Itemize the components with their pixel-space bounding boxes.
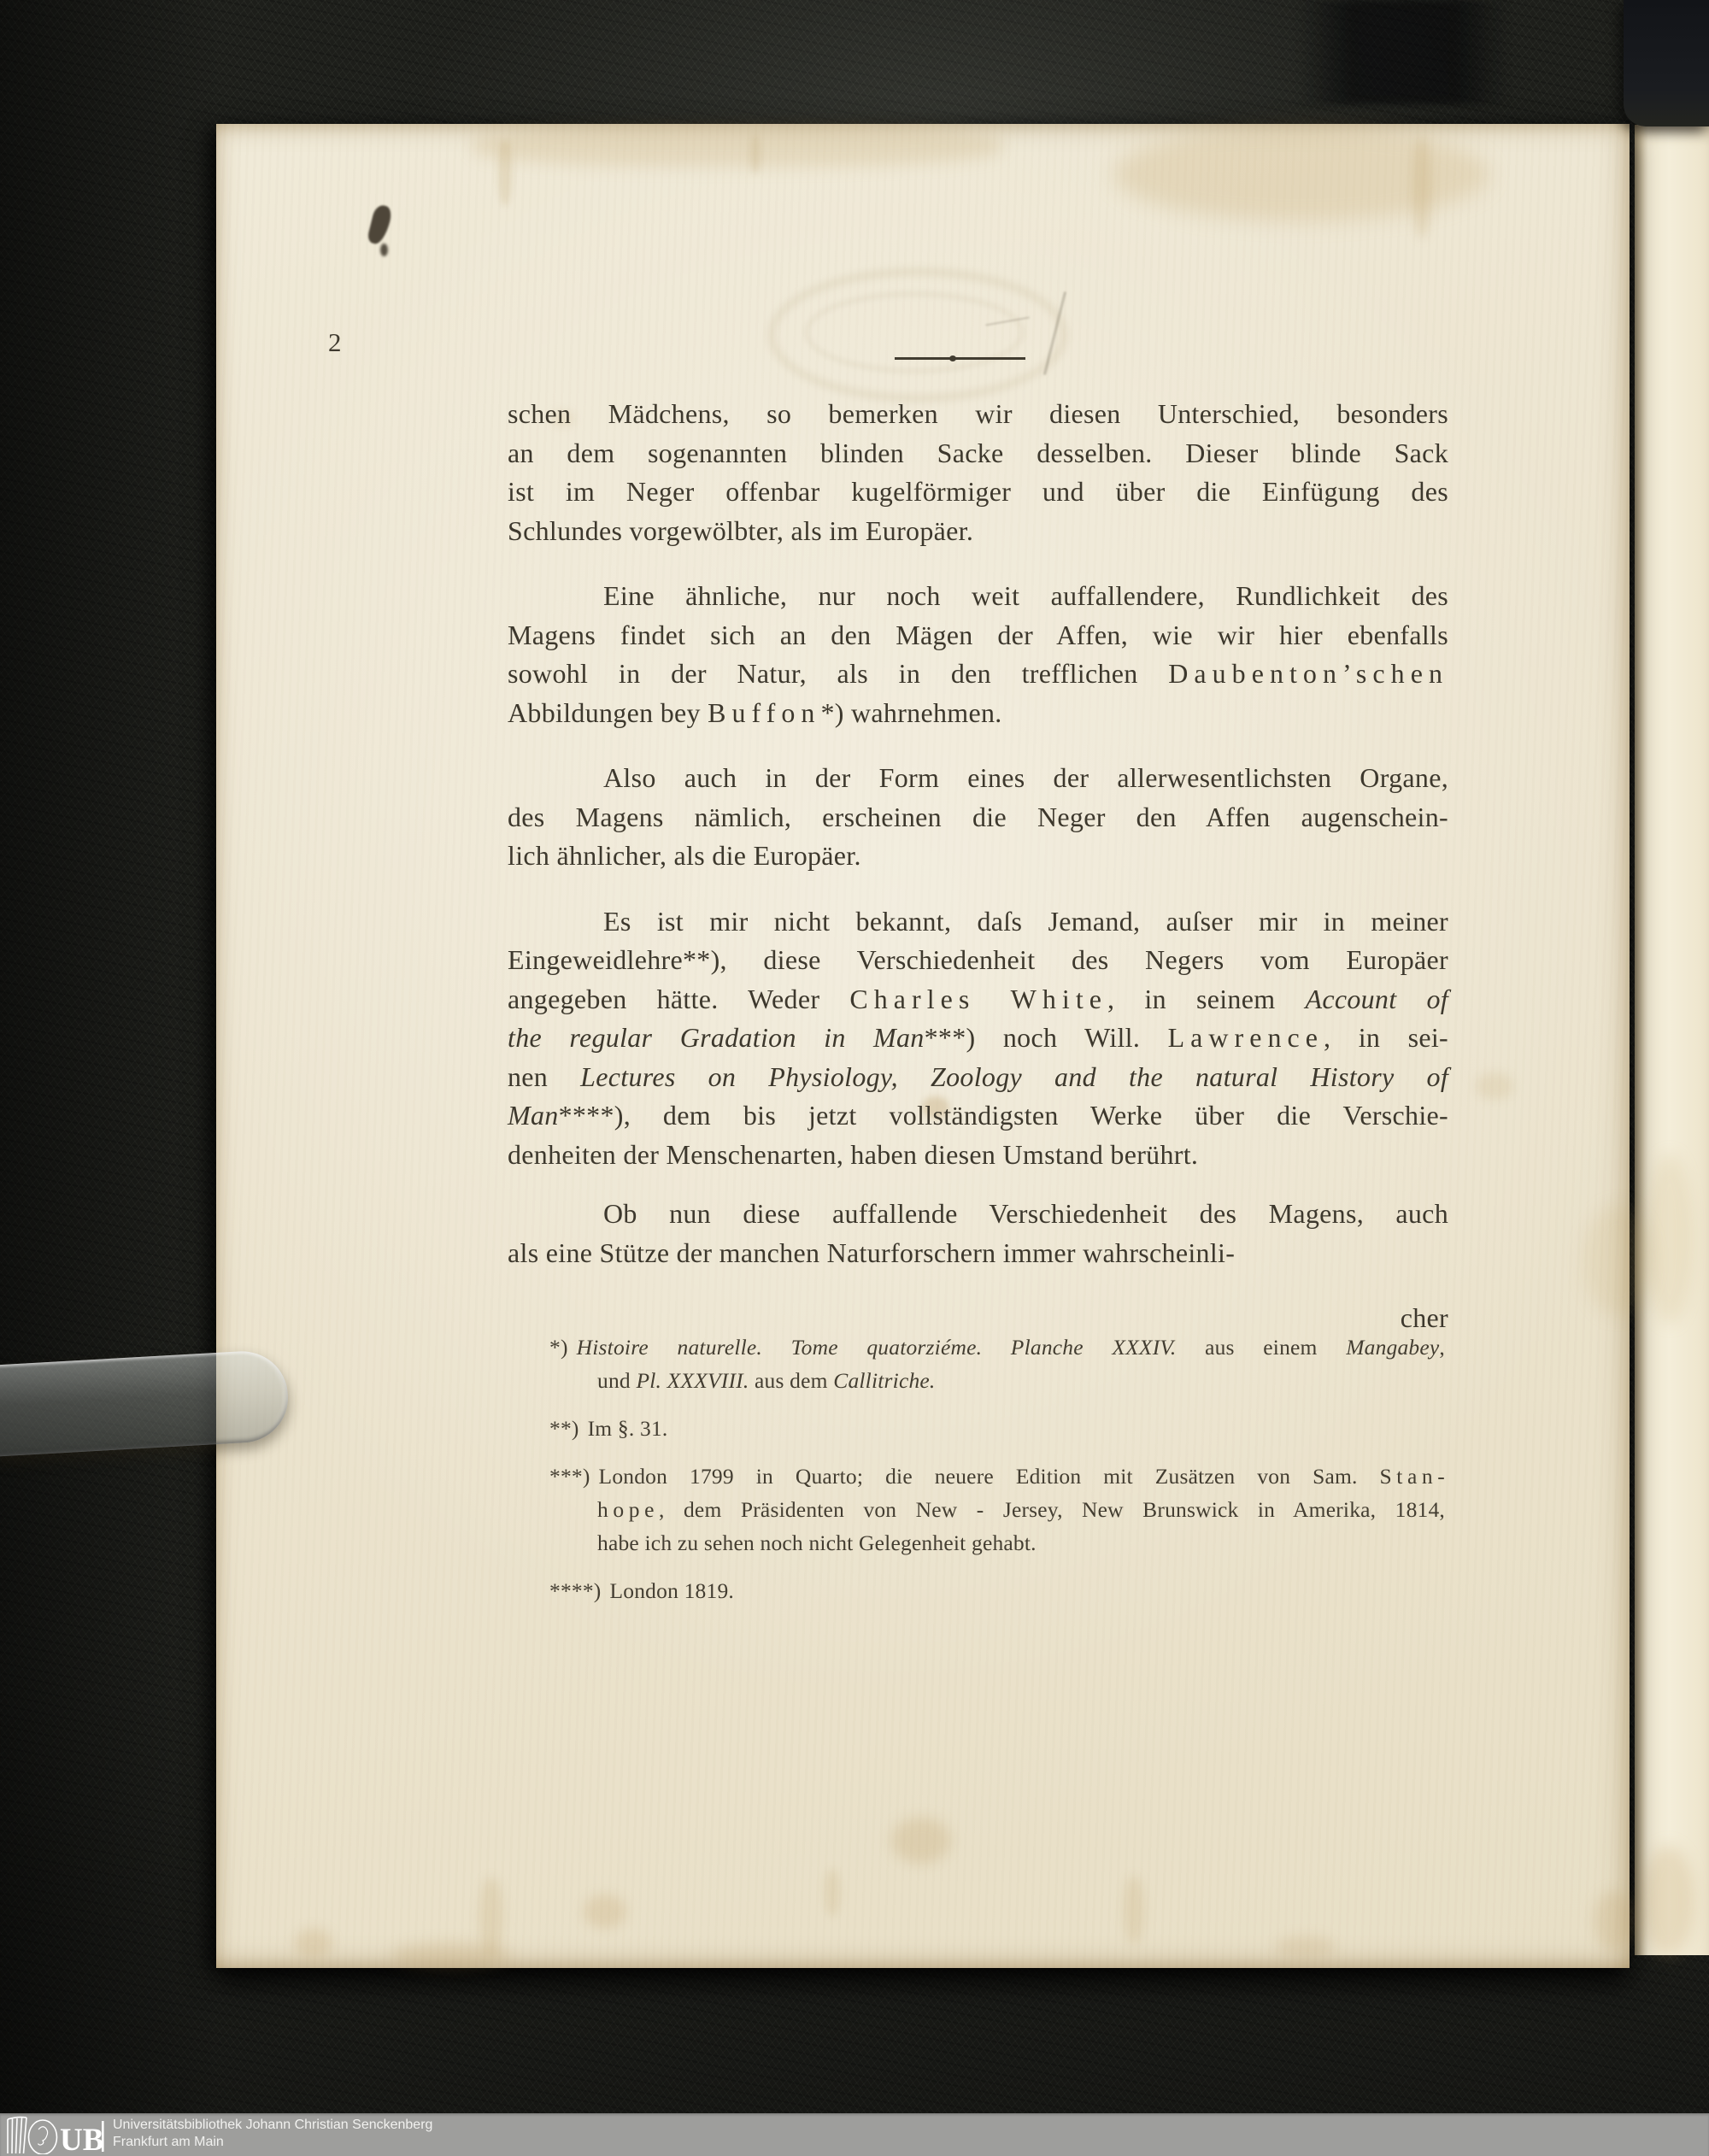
foxing-stain [584,1895,626,1929]
text-segment: - [1437,1464,1445,1489]
scanned-page: 2 schen Mädchens, so bemerken wir diesen… [216,124,1630,1968]
text-segment: Lectures on Physiology, Zoology and the … [580,1061,1448,1092]
text-line: ist im Neger offenbar kugelförmiger und … [508,473,1448,512]
text-line: Magens findet sich an den Mägen der Affe… [508,616,1448,655]
text-segment: an dem sogenannten blinden Sacke desselb… [508,438,1448,468]
text-segment: Account of [1305,984,1448,1014]
text-segment: the regular Gradation in Man [508,1022,925,1053]
text-line: Man****), dem bis jetzt vollständigsten … [508,1096,1448,1136]
logo-separator [102,2121,104,2152]
text-segment: Daubenton’schen [1168,658,1448,689]
footnote-line: *)Histoire naturelle. Tome quatorziéme. … [549,1331,1445,1364]
text-segment: lich ähnlicher, als die Europäer. [508,840,861,871]
text-segment: nen [508,1061,580,1092]
text-segment: und [597,1368,636,1393]
footnote-line: hope, dem Präsidenten von New - Jersey, … [549,1493,1445,1526]
text-segment: Lawrence [1168,1022,1324,1053]
footnote-line: ****)London 1819. [549,1574,1445,1607]
footnote: ****)London 1819. [549,1574,1445,1607]
text-segment: habe ich zu sehen noch nicht Gelegenheit… [597,1530,1037,1555]
text-segment: aus dem [749,1368,833,1393]
footnote-line: und Pl. XXXVIII. aus dem Callitriche. [549,1364,1445,1397]
text-segment: Schlundes vorgewölbter, als im Europäer. [508,515,973,546]
foxing-stain [891,1818,951,1864]
library-name-line2: Frankfurt am Main [113,2134,432,2151]
portrait-oval-icon [29,2120,57,2154]
text-segment: Im §. 31. [588,1416,668,1441]
text-line: sowohl in der Natur, als in den trefflic… [508,655,1448,694]
leather-cover-corner [1624,0,1709,126]
text-segment: Callitriche. [833,1368,935,1393]
text-line: Ob nun diese auffallende Verschiedenheit… [508,1195,1448,1234]
page-holder-clip [0,1348,291,1456]
text-segment: des Magens nämlich, erscheinen die Neger… [508,802,1448,832]
blind-stamp [804,291,1025,373]
text-line: the regular Gradation in Man***) noch Wi… [508,1019,1448,1058]
footnote-line: habe ich zu sehen noch nicht Gelegenheit… [549,1526,1445,1560]
page-number: 2 [328,327,342,358]
text-line: als eine Stütze der manchen Naturforsche… [508,1234,1448,1273]
text-segment: , in sei- [1324,1022,1448,1053]
library-footer-bar: UB Universitätsbibliothek Johann Christi… [0,2113,1709,2156]
paragraph: Eine ähnliche, nur noch weit auffallende… [508,577,1448,732]
text-segment: Also auch in der Form eines der allerwes… [603,762,1448,793]
text-line: an dem sogenannten blinden Sacke desselb… [508,434,1448,473]
text-segment: angegeben hätte. Weder [508,984,849,1014]
text-line: Also auch in der Form eines der allerwes… [508,759,1448,798]
text-line: Abbildungen bey Buffon*) wahrnehmen. [508,694,1448,733]
paragraph: Also auch in der Form eines der allerwes… [508,759,1448,876]
ink-blot [367,203,394,246]
page-stack-fore-edge [1635,125,1709,1955]
foxing-stain [750,134,761,173]
text-segment: sowohl in der Natur, als in den trefflic… [508,658,1168,689]
text-block: schen Mädchens, so bemerken wir diesen U… [508,395,1448,1338]
foxing-stain [1124,1876,1144,1944]
book-pages-icon [8,2118,26,2153]
text-line: Eingeweidlehre**), diese Verschiedenheit… [508,941,1448,980]
text-segment: Ob nun diese auffallende Verschiedenheit… [603,1198,1448,1229]
text-line: lich ähnlicher, als die Europäer. [508,837,1448,876]
text-segment: Eingeweidlehre**), diese Verschiedenheit… [508,944,1448,975]
text-segment: ist im Neger offenbar kugelförmiger und … [508,476,1448,507]
paragraph: Ob nun diese auffallende Verschiedenheit… [508,1195,1448,1272]
footnote-line: **)Im §. 31. [549,1412,1445,1445]
leather-cover-shadow-band [1299,0,1508,104]
text-segment: Charles White [849,984,1107,1014]
footnote-line: ***)London 1799 in Quarto; die neuere Ed… [549,1460,1445,1493]
text-segment: Mangabey [1346,1335,1439,1360]
section-divider-rule [895,357,1025,360]
library-name-line1: Universitätsbibliothek Johann Christian … [113,2117,432,2134]
library-name-text: Universitätsbibliothek Johann Christian … [113,2117,432,2151]
text-segment: *) wahrnehmen. [820,697,1001,728]
foxing-stain [1412,136,1431,238]
footnote: **)Im §. 31. [549,1412,1445,1445]
foxing-stain [473,126,1002,167]
text-segment: , [1439,1335,1445,1360]
text-segment: Buffon [708,697,820,728]
book-scan: 2 schen Mädchens, so bemerken wir diesen… [0,0,1709,2156]
page-crease [1635,125,1648,1955]
foxing-stain [391,1942,511,1968]
paragraph: Es ist mir nicht bekannt, daſs Jemand, a… [508,902,1448,1175]
text-segment: Stan [1380,1464,1438,1489]
text-segment: Pl. XXXVIII. [636,1368,749,1393]
footnote-marker: ***) [549,1464,599,1489]
text-line: nen Lectures on Physiology, Zoology and … [508,1058,1448,1097]
footnote-marker: **) [549,1416,588,1441]
text-line: Es ist mir nicht bekannt, daſs Jemand, a… [508,902,1448,942]
text-segment: hope [597,1497,659,1522]
text-segment: ***) noch Will. [925,1022,1168,1053]
text-segment: Histoire naturelle. Tome quatorziéme. Pl… [577,1335,1177,1360]
footnote-marker: *) [549,1335,577,1360]
foxing-stain [1594,1891,1633,1951]
text-line: des Magens nämlich, erscheinen die Neger… [508,798,1448,837]
foxing-stain [498,139,512,206]
ink-blot [380,244,388,256]
text-line: Schlundes vorgewölbter, als im Europäer. [508,512,1448,551]
paragraph: schen Mädchens, so bemerken wir diesen U… [508,395,1448,550]
foxing-stain [1113,127,1489,221]
text-line: Eine ähnliche, nur noch weit auffallende… [508,577,1448,616]
text-line: angegeben hätte. Weder Charles White, in… [508,980,1448,1019]
text-segment: , in seinem [1107,984,1305,1014]
footnote-block: *)Histoire naturelle. Tome quatorziéme. … [549,1331,1445,1622]
text-segment: ****), dem bis jetzt vollständigsten Wer… [559,1100,1448,1131]
portrait-face-icon [38,2127,48,2145]
text-line: schen Mädchens, so bemerken wir diesen U… [508,395,1448,434]
foxing-stain [479,1877,503,1956]
text-segment: Magens findet sich an den Mägen der Affe… [508,620,1448,650]
footnote-marker: ****) [549,1578,610,1603]
text-segment: schen Mädchens, so bemerken wir diesen U… [508,398,1448,429]
foxing-stain [1276,1936,1336,1958]
text-line: denheiten der Menschenarten, haben diese… [508,1136,1448,1175]
ub-logo-abbr: UB [60,2123,103,2154]
text-segment: Man [508,1100,559,1131]
text-segment: aus einem [1176,1335,1346,1360]
foxing-stain [1476,1072,1513,1100]
text-segment: Es ist mir nicht bekannt, daſs Jemand, a… [603,906,1448,937]
text-segment: als eine Stütze der manchen Naturforsche… [508,1237,1235,1268]
foxing-stain [825,1869,840,1917]
text-segment: denheiten der Menschenarten, haben diese… [508,1139,1198,1170]
text-segment: Eine ähnliche, nur noch weit auffallende… [603,580,1448,611]
text-segment: Abbildungen bey [508,697,708,728]
footnote: *)Histoire naturelle. Tome quatorziéme. … [549,1331,1445,1397]
text-segment: London 1819. [610,1578,734,1603]
ub-library-logo: UB [5,2115,109,2154]
text-segment: London 1799 in Quarto; die neuere Editio… [599,1464,1380,1489]
text-segment: , dem Präsidenten von New - Jersey, New … [659,1497,1445,1522]
footnote: ***)London 1799 in Quarto; die neuere Ed… [549,1460,1445,1560]
foxing-stain [295,1929,332,1958]
